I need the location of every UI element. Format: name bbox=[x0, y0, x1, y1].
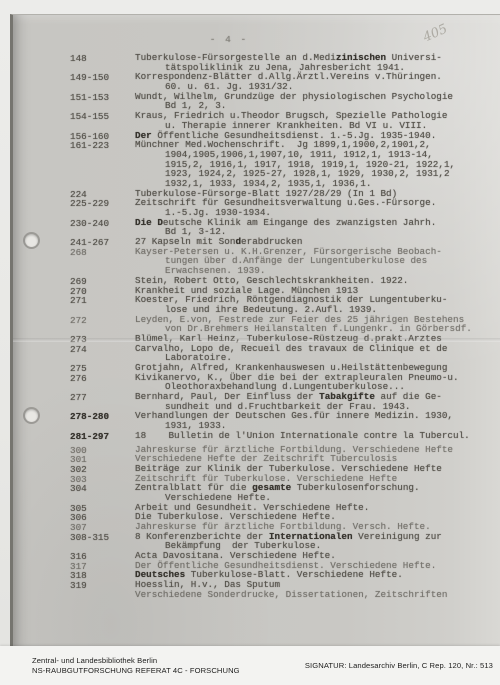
scanned-page: 405 - 4 - 148Tuberkulose-Fürsorgestelle … bbox=[10, 14, 500, 649]
entry-number: 225-229 bbox=[70, 198, 109, 209]
list-item: 271Koester, Friedrich, Röntgendiagnostik… bbox=[13, 295, 500, 314]
list-item: 277Bernhard, Paul, Der Einfluss der Taba… bbox=[13, 392, 500, 411]
list-item: 276Kivikanervo, K., Über die bei der ext… bbox=[13, 373, 500, 392]
list-item: 274Carvalho, Lopo de, Recueil des travau… bbox=[13, 344, 500, 363]
entry-number: 148 bbox=[70, 53, 87, 64]
list-item: 225-229Zeitschrift für Gesundheitsverwal… bbox=[13, 198, 500, 217]
footer-left-block: Zentral- und Landesbibliothek Berlin NS-… bbox=[32, 656, 240, 675]
entry-number: 161-223 bbox=[70, 140, 109, 151]
list-item: Verschiedene Sonderdrucke, Dissertatione… bbox=[13, 590, 500, 600]
library-name: Zentral- und Landesbibliothek Berlin bbox=[32, 656, 240, 666]
entry-number: 151-153 bbox=[70, 92, 109, 103]
entry-number: 274 bbox=[70, 344, 87, 355]
entry-line: Verschiedene Sonderdrucke, Dissertatione… bbox=[135, 590, 500, 600]
entry-number: 154-155 bbox=[70, 111, 109, 122]
page-number-label: - 4 - bbox=[13, 34, 445, 45]
entry-number: 271 bbox=[70, 295, 87, 306]
entry-number: 308-315 bbox=[70, 532, 109, 543]
list-item: 161-223Münchner Med.Wochenschrift. Jg 18… bbox=[13, 140, 500, 188]
list-item: 151-153Wundt, Wilhelm, Grundzüge der phy… bbox=[13, 92, 500, 111]
entry-number: 230-240 bbox=[70, 218, 109, 229]
entry-number: 304 bbox=[70, 483, 87, 494]
entry-number: 278-280 bbox=[70, 411, 109, 422]
hole-punch bbox=[25, 234, 38, 247]
entry-number: 277 bbox=[70, 392, 87, 403]
list-item: 278-280Verhandlungen der Deutschen Ges.f… bbox=[13, 411, 500, 430]
list-item: 149-150Korrespondenz-Blätter d.Allg.Ärzt… bbox=[13, 72, 500, 91]
list-item: 304Zentralblatt für die gesamte Tuberkul… bbox=[13, 483, 500, 502]
entry-number: 272 bbox=[70, 315, 87, 326]
list-item: 308-3158 Konferenzberichte der Internati… bbox=[13, 532, 500, 551]
entry-number: 281-297 bbox=[70, 431, 109, 442]
entry-number: 276 bbox=[70, 373, 87, 384]
list-item: 268Kayser-Petersen u. K.H.Grenzer, Fürso… bbox=[13, 247, 500, 276]
entry-number: 268 bbox=[70, 247, 87, 258]
list-item: 281-29718 Bulletin de l'Union Internatio… bbox=[13, 431, 500, 441]
list-item: 154-155Kraus, Friedrich u.Theodor Brugsc… bbox=[13, 111, 500, 130]
inventory-list: 148Tuberkulose-Fürsorgestelle an d.Mediz… bbox=[13, 53, 500, 600]
entry-line: 18 Bulletin de l'Union Internationale co… bbox=[135, 431, 500, 441]
hole-punch bbox=[25, 409, 38, 422]
department-label: NS-RAUBGUTFORSCHUNG REFERAT 4C - FORSCHU… bbox=[32, 666, 240, 676]
list-item: 230-240Die Deutsche Klinik am Eingange d… bbox=[13, 218, 500, 237]
signature-label: SIGNATUR: Landesarchiv Berlin, C Rep. 12… bbox=[305, 661, 493, 670]
list-item: 148Tuberkulose-Fürsorgestelle an d.Mediz… bbox=[13, 53, 500, 72]
footer-bar: Zentral- und Landesbibliothek Berlin NS-… bbox=[0, 646, 500, 685]
list-item: 272Leyden, E.von, Festrede zur Feier des… bbox=[13, 315, 500, 334]
entry-number: 149-150 bbox=[70, 72, 109, 83]
